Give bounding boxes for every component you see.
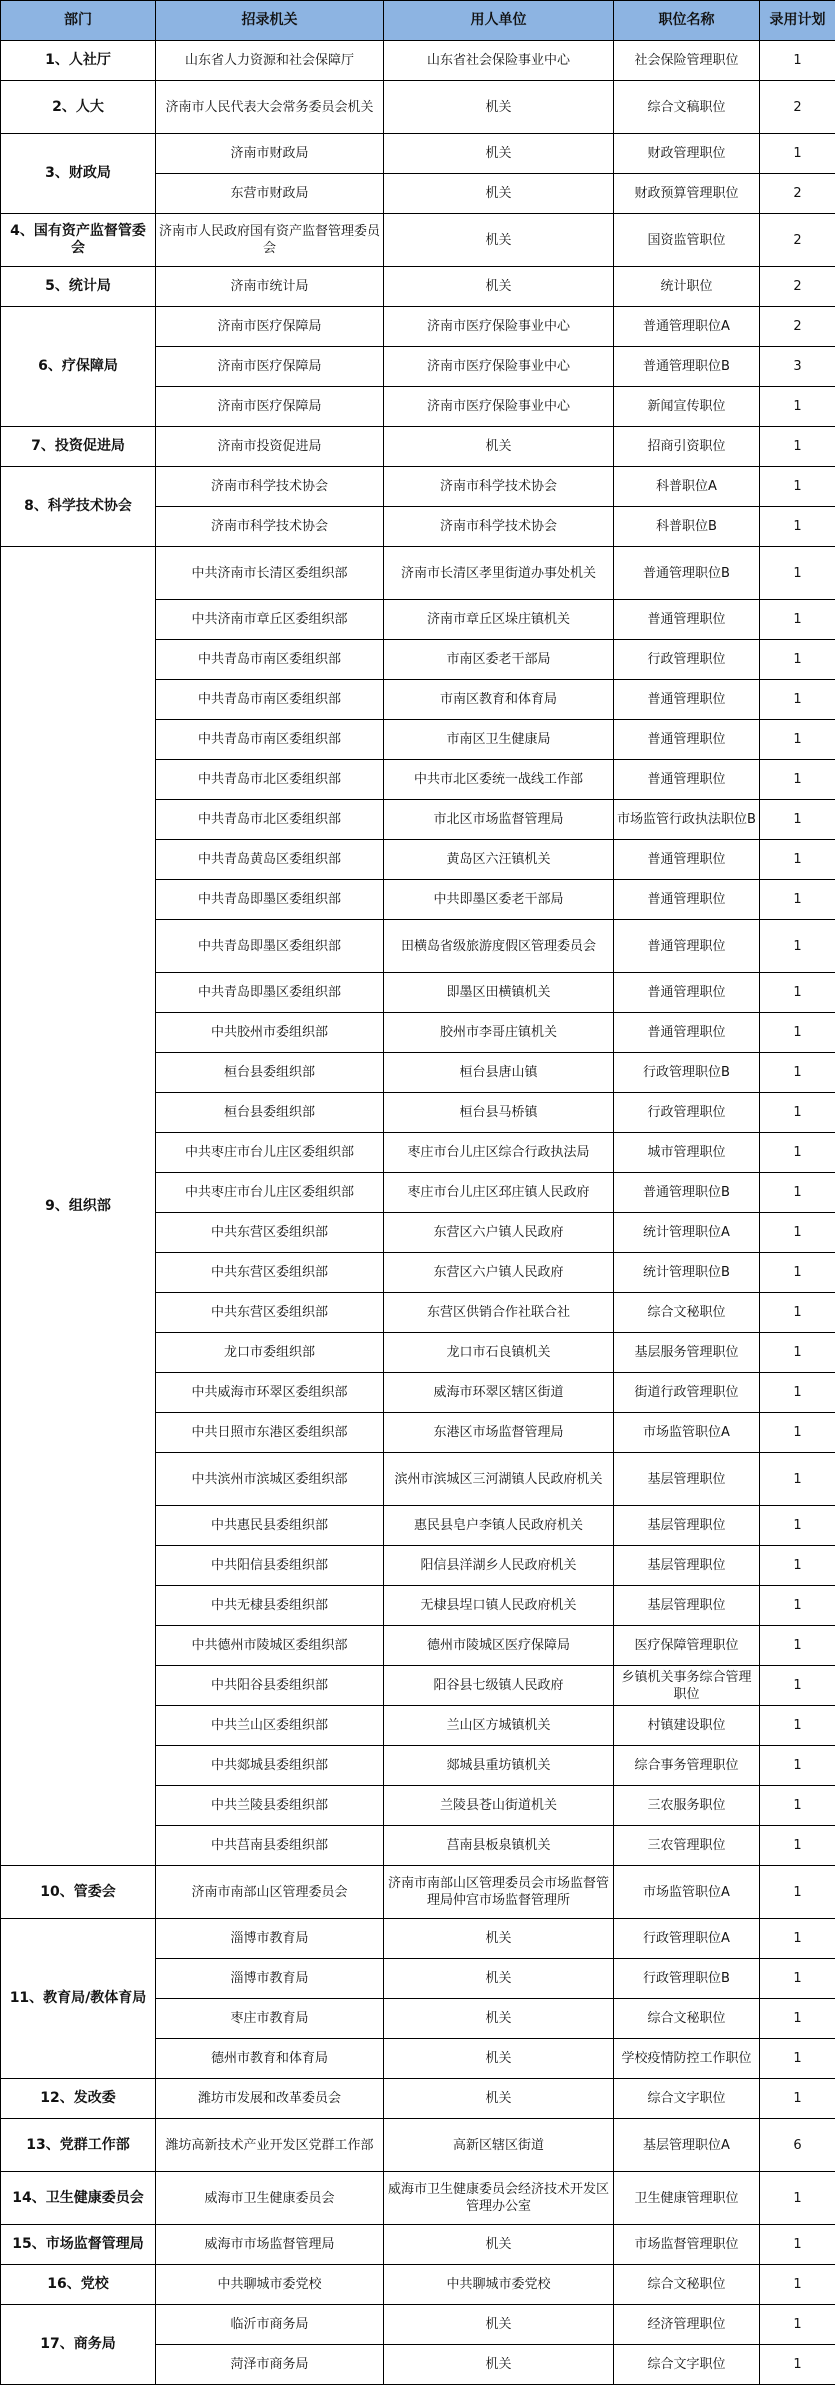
quota-cell: 1 — [760, 880, 835, 920]
position-cell: 卫生健康管理职位 — [614, 2172, 760, 2225]
department-cell: 1、人社厅 — [1, 41, 156, 81]
position-cell: 城市管理职位 — [614, 1133, 760, 1173]
header-quota: 录用计划 — [760, 1, 835, 41]
quota-cell: 1 — [760, 1293, 835, 1333]
recruiting-agency-cell: 淄博市教育局 — [156, 1919, 384, 1959]
position-cell: 综合文稿职位 — [614, 81, 760, 134]
table-row: 11、教育局/教体育局淄博市教育局机关行政管理职位A1 — [1, 1919, 835, 1959]
position-cell: 科普职位A — [614, 467, 760, 507]
position-cell: 普通管理职位B — [614, 1173, 760, 1213]
employer-cell: 兰山区方城镇机关 — [384, 1706, 614, 1746]
position-cell: 综合文秘职位 — [614, 2265, 760, 2305]
table-row: 13、党群工作部潍坊高新技术产业开发区党群工作部高新区辖区街道基层管理职位A6 — [1, 2119, 835, 2172]
position-cell: 财政预算管理职位 — [614, 174, 760, 214]
recruiting-agency-cell: 龙口市委组织部 — [156, 1333, 384, 1373]
employer-cell: 机关 — [384, 427, 614, 467]
department-cell: 2、人大 — [1, 81, 156, 134]
position-cell: 基层管理职位 — [614, 1586, 760, 1626]
position-cell: 普通管理职位 — [614, 840, 760, 880]
employer-cell: 阳信县洋湖乡人民政府机关 — [384, 1546, 614, 1586]
table-row: 3、财政局济南市财政局机关财政管理职位1 — [1, 134, 835, 174]
employer-cell: 市南区教育和体育局 — [384, 680, 614, 720]
employer-cell: 莒南县板泉镇机关 — [384, 1826, 614, 1866]
employer-cell: 机关 — [384, 2079, 614, 2119]
employer-cell: 机关 — [384, 1919, 614, 1959]
quota-cell: 1 — [760, 800, 835, 840]
position-cell: 市场监管职位A — [614, 1413, 760, 1453]
employer-cell: 即墨区田横镇机关 — [384, 973, 614, 1013]
quota-cell: 1 — [760, 1413, 835, 1453]
employer-cell: 黄岛区六汪镇机关 — [384, 840, 614, 880]
employer-cell: 东营区六户镇人民政府 — [384, 1213, 614, 1253]
recruiting-agency-cell: 中共青岛即墨区委组织部 — [156, 920, 384, 973]
table-row: 4、国有资产监督管委会济南市人民政府国有资产监督管理委员会机关国资监管职位2 — [1, 214, 835, 267]
position-cell: 基层管理职位 — [614, 1546, 760, 1586]
employer-cell: 龙口市石良镇机关 — [384, 1333, 614, 1373]
recruiting-agency-cell: 济南市统计局 — [156, 267, 384, 307]
employer-cell: 桓台县唐山镇 — [384, 1053, 614, 1093]
quota-cell: 1 — [760, 467, 835, 507]
position-cell: 普通管理职位A — [614, 307, 760, 347]
quota-cell: 1 — [760, 1919, 835, 1959]
quota-cell: 2 — [760, 174, 835, 214]
employer-cell: 山东省社会保险事业中心 — [384, 41, 614, 81]
position-cell: 市场监管职位A — [614, 1866, 760, 1919]
employer-cell: 东营区供销合作社联合社 — [384, 1293, 614, 1333]
recruiting-agency-cell: 威海市市场监督管理局 — [156, 2225, 384, 2265]
recruiting-agency-cell: 中共阳谷县委组织部 — [156, 1666, 384, 1706]
recruiting-agency-cell: 中共惠民县委组织部 — [156, 1506, 384, 1546]
employer-cell: 济南市医疗保险事业中心 — [384, 307, 614, 347]
recruiting-agency-cell: 中共兰陵县委组织部 — [156, 1786, 384, 1826]
recruiting-agency-cell: 桓台县委组织部 — [156, 1053, 384, 1093]
quota-cell: 2 — [760, 307, 835, 347]
table-header-row: 部门 招录机关 用人单位 职位名称 录用计划 — [1, 1, 835, 41]
employer-cell: 济南市医疗保险事业中心 — [384, 387, 614, 427]
quota-cell: 1 — [760, 2305, 835, 2345]
employer-cell: 市北区市场监督管理局 — [384, 800, 614, 840]
position-cell: 统计管理职位B — [614, 1253, 760, 1293]
position-cell: 综合文字职位 — [614, 2079, 760, 2119]
quota-cell: 1 — [760, 1213, 835, 1253]
department-cell: 11、教育局/教体育局 — [1, 1919, 156, 2079]
quota-cell: 1 — [760, 1333, 835, 1373]
quota-cell: 1 — [760, 1866, 835, 1919]
position-cell: 普通管理职位 — [614, 600, 760, 640]
recruiting-agency-cell: 中共青岛黄岛区委组织部 — [156, 840, 384, 880]
table-row: 15、市场监督管理局威海市市场监督管理局机关市场监督管理职位1 — [1, 2225, 835, 2265]
recruiting-agency-cell: 枣庄市教育局 — [156, 1999, 384, 2039]
table-row: 16、党校中共聊城市委党校中共聊城市委党校综合文秘职位1 — [1, 2265, 835, 2305]
recruiting-agency-cell: 中共济南市长清区委组织部 — [156, 547, 384, 600]
employer-cell: 中共聊城市委党校 — [384, 2265, 614, 2305]
recruiting-agency-cell: 中共济南市章丘区委组织部 — [156, 600, 384, 640]
employer-cell: 机关 — [384, 214, 614, 267]
employer-cell: 市南区委老干部局 — [384, 640, 614, 680]
recruiting-agency-cell: 中共无棣县委组织部 — [156, 1586, 384, 1626]
recruiting-agency-cell: 中共青岛市南区委组织部 — [156, 640, 384, 680]
recruiting-agency-cell: 淄博市教育局 — [156, 1959, 384, 1999]
quota-cell: 1 — [760, 600, 835, 640]
recruiting-agency-cell: 潍坊高新技术产业开发区党群工作部 — [156, 2119, 384, 2172]
quota-cell: 1 — [760, 1666, 835, 1706]
position-cell: 普通管理职位 — [614, 760, 760, 800]
department-cell: 14、卫生健康委员会 — [1, 2172, 156, 2225]
recruiting-agency-cell: 中共滨州市滨城区委组织部 — [156, 1453, 384, 1506]
employer-cell: 济南市科学技术协会 — [384, 467, 614, 507]
employer-cell: 威海市卫生健康委员会经济技术开发区管理办公室 — [384, 2172, 614, 2225]
recruiting-agency-cell: 中共东营区委组织部 — [156, 1253, 384, 1293]
employer-cell: 机关 — [384, 2039, 614, 2079]
position-cell: 经济管理职位 — [614, 2305, 760, 2345]
quota-cell: 1 — [760, 387, 835, 427]
header-recruiting-agency: 招录机关 — [156, 1, 384, 41]
quota-cell: 1 — [760, 2079, 835, 2119]
recruiting-agency-cell: 中共青岛市北区委组织部 — [156, 800, 384, 840]
recruiting-agency-cell: 中共德州市陵城区委组织部 — [156, 1626, 384, 1666]
header-employer: 用人单位 — [384, 1, 614, 41]
quota-cell: 3 — [760, 347, 835, 387]
department-cell: 17、商务局 — [1, 2305, 156, 2385]
position-cell: 市场监督管理职位 — [614, 2225, 760, 2265]
quota-cell: 1 — [760, 640, 835, 680]
recruiting-agency-cell: 济南市医疗保障局 — [156, 307, 384, 347]
department-cell: 5、统计局 — [1, 267, 156, 307]
recruiting-agency-cell: 中共青岛即墨区委组织部 — [156, 880, 384, 920]
quota-cell: 1 — [760, 2345, 835, 2385]
position-cell: 学校疫情防控工作职位 — [614, 2039, 760, 2079]
employer-cell: 枣庄市台儿庄区综合行政执法局 — [384, 1133, 614, 1173]
position-cell: 综合文字职位 — [614, 2345, 760, 2385]
quota-cell: 6 — [760, 2119, 835, 2172]
recruiting-agency-cell: 中共青岛市南区委组织部 — [156, 720, 384, 760]
employer-cell: 机关 — [384, 2345, 614, 2385]
position-cell: 统计管理职位A — [614, 1213, 760, 1253]
employer-cell: 济南市长清区孝里街道办事处机关 — [384, 547, 614, 600]
position-cell: 三农管理职位 — [614, 1826, 760, 1866]
recruiting-agency-cell: 中共枣庄市台儿庄区委组织部 — [156, 1133, 384, 1173]
table-row: 7、投资促进局济南市投资促进局机关招商引资职位1 — [1, 427, 835, 467]
employer-cell: 济南市南部山区管理委员会市场监督管理局仲宫市场监督管理所 — [384, 1866, 614, 1919]
position-cell: 普通管理职位B — [614, 347, 760, 387]
position-cell: 行政管理职位 — [614, 1093, 760, 1133]
recruiting-agency-cell: 中共郯城县委组织部 — [156, 1746, 384, 1786]
table-row: 8、科学技术协会济南市科学技术协会济南市科学技术协会科普职位A1 — [1, 467, 835, 507]
position-cell: 财政管理职位 — [614, 134, 760, 174]
position-cell: 普通管理职位 — [614, 1013, 760, 1053]
quota-cell: 1 — [760, 1453, 835, 1506]
recruiting-agency-cell: 中共东营区委组织部 — [156, 1213, 384, 1253]
recruiting-agency-cell: 中共威海市环翠区委组织部 — [156, 1373, 384, 1413]
table-row: 1、人社厅山东省人力资源和社会保障厅山东省社会保险事业中心社会保险管理职位1 — [1, 41, 835, 81]
department-cell: 6、疗保障局 — [1, 307, 156, 427]
position-cell: 医疗保障管理职位 — [614, 1626, 760, 1666]
recruiting-agency-cell: 中共青岛即墨区委组织部 — [156, 973, 384, 1013]
recruiting-agency-cell: 中共兰山区委组织部 — [156, 1706, 384, 1746]
position-cell: 三农服务职位 — [614, 1786, 760, 1826]
position-cell: 招商引资职位 — [614, 427, 760, 467]
quota-cell: 1 — [760, 1546, 835, 1586]
recruiting-agency-cell: 临沂市商务局 — [156, 2305, 384, 2345]
department-cell: 7、投资促进局 — [1, 427, 156, 467]
quota-cell: 1 — [760, 2039, 835, 2079]
recruitment-table: 部门 招录机关 用人单位 职位名称 录用计划 1、人社厅山东省人力资源和社会保障… — [0, 0, 835, 2385]
employer-cell: 惠民县皂户李镇人民政府机关 — [384, 1506, 614, 1546]
table-row: 9、组织部中共济南市长清区委组织部济南市长清区孝里街道办事处机关普通管理职位B1 — [1, 547, 835, 600]
recruiting-agency-cell: 中共东营区委组织部 — [156, 1293, 384, 1333]
position-cell: 行政管理职位B — [614, 1053, 760, 1093]
quota-cell: 1 — [760, 2225, 835, 2265]
recruiting-agency-cell: 济南市医疗保障局 — [156, 347, 384, 387]
department-cell: 16、党校 — [1, 2265, 156, 2305]
quota-cell: 1 — [760, 1746, 835, 1786]
employer-cell: 中共即墨区委老干部局 — [384, 880, 614, 920]
recruiting-agency-cell: 济南市财政局 — [156, 134, 384, 174]
employer-cell: 市南区卫生健康局 — [384, 720, 614, 760]
quota-cell: 1 — [760, 1053, 835, 1093]
department-cell: 12、发改委 — [1, 2079, 156, 2119]
department-cell: 15、市场监督管理局 — [1, 2225, 156, 2265]
recruiting-agency-cell: 中共青岛市南区委组织部 — [156, 680, 384, 720]
department-cell: 10、管委会 — [1, 1866, 156, 1919]
recruiting-agency-cell: 菏泽市商务局 — [156, 2345, 384, 2385]
recruiting-agency-cell: 中共日照市东港区委组织部 — [156, 1413, 384, 1453]
quota-cell: 1 — [760, 1586, 835, 1626]
quota-cell: 1 — [760, 1506, 835, 1546]
quota-cell: 1 — [760, 920, 835, 973]
employer-cell: 郯城县重坊镇机关 — [384, 1746, 614, 1786]
recruiting-agency-cell: 中共枣庄市台儿庄区委组织部 — [156, 1173, 384, 1213]
table-row: 12、发改委潍坊市发展和改革委员会机关综合文字职位1 — [1, 2079, 835, 2119]
quota-cell: 1 — [760, 1253, 835, 1293]
department-cell: 4、国有资产监督管委会 — [1, 214, 156, 267]
recruiting-agency-cell: 潍坊市发展和改革委员会 — [156, 2079, 384, 2119]
table-row: 14、卫生健康委员会威海市卫生健康委员会威海市卫生健康委员会经济技术开发区管理办… — [1, 2172, 835, 2225]
employer-cell: 高新区辖区街道 — [384, 2119, 614, 2172]
quota-cell: 1 — [760, 840, 835, 880]
quota-cell: 1 — [760, 1013, 835, 1053]
quota-cell: 1 — [760, 1999, 835, 2039]
table-row: 17、商务局临沂市商务局机关经济管理职位1 — [1, 2305, 835, 2345]
recruiting-agency-cell: 山东省人力资源和社会保障厅 — [156, 41, 384, 81]
quota-cell: 1 — [760, 507, 835, 547]
position-cell: 行政管理职位B — [614, 1959, 760, 1999]
header-department: 部门 — [1, 1, 156, 41]
position-cell: 普通管理职位 — [614, 880, 760, 920]
recruiting-agency-cell: 威海市卫生健康委员会 — [156, 2172, 384, 2225]
employer-cell: 机关 — [384, 1999, 614, 2039]
recruiting-agency-cell: 桓台县委组织部 — [156, 1093, 384, 1133]
employer-cell: 东营区六户镇人民政府 — [384, 1253, 614, 1293]
employer-cell: 机关 — [384, 134, 614, 174]
employer-cell: 胶州市李哥庄镇机关 — [384, 1013, 614, 1053]
position-cell: 乡镇机关事务综合管理职位 — [614, 1666, 760, 1706]
quota-cell: 2 — [760, 214, 835, 267]
employer-cell: 济南市医疗保险事业中心 — [384, 347, 614, 387]
table-body: 1、人社厅山东省人力资源和社会保障厅山东省社会保险事业中心社会保险管理职位12、… — [1, 41, 835, 2385]
position-cell: 普通管理职位 — [614, 973, 760, 1013]
quota-cell: 1 — [760, 1373, 835, 1413]
quota-cell: 1 — [760, 1626, 835, 1666]
recruiting-agency-cell: 德州市教育和体育局 — [156, 2039, 384, 2079]
employer-cell: 机关 — [384, 81, 614, 134]
position-cell: 社会保险管理职位 — [614, 41, 760, 81]
employer-cell: 威海市环翠区辖区街道 — [384, 1373, 614, 1413]
table-row: 10、管委会济南市南部山区管理委员会济南市南部山区管理委员会市场监督管理局仲宫市… — [1, 1866, 835, 1919]
department-cell: 3、财政局 — [1, 134, 156, 214]
position-cell: 综合文秘职位 — [614, 1293, 760, 1333]
employer-cell: 机关 — [384, 267, 614, 307]
position-cell: 基层管理职位 — [614, 1453, 760, 1506]
employer-cell: 阳谷县七级镇人民政府 — [384, 1666, 614, 1706]
quota-cell: 1 — [760, 720, 835, 760]
position-cell: 综合事务管理职位 — [614, 1746, 760, 1786]
department-cell: 13、党群工作部 — [1, 2119, 156, 2172]
quota-cell: 1 — [760, 680, 835, 720]
recruiting-agency-cell: 济南市医疗保障局 — [156, 387, 384, 427]
employer-cell: 田横岛省级旅游度假区管理委员会 — [384, 920, 614, 973]
quota-cell: 1 — [760, 1093, 835, 1133]
quota-cell: 1 — [760, 2265, 835, 2305]
employer-cell: 东港区市场监督管理局 — [384, 1413, 614, 1453]
employer-cell: 中共市北区委统一战线工作部 — [384, 760, 614, 800]
position-cell: 基层管理职位 — [614, 1506, 760, 1546]
recruiting-agency-cell: 济南市人民代表大会常务委员会机关 — [156, 81, 384, 134]
employer-cell: 机关 — [384, 2225, 614, 2265]
quota-cell: 2 — [760, 81, 835, 134]
quota-cell: 1 — [760, 1959, 835, 1999]
employer-cell: 机关 — [384, 174, 614, 214]
table-row: 2、人大济南市人民代表大会常务委员会机关机关综合文稿职位2 — [1, 81, 835, 134]
position-cell: 普通管理职位 — [614, 680, 760, 720]
quota-cell: 2 — [760, 267, 835, 307]
quota-cell: 1 — [760, 427, 835, 467]
quota-cell: 1 — [760, 760, 835, 800]
employer-cell: 无棣县埕口镇人民政府机关 — [384, 1586, 614, 1626]
table-row: 6、疗保障局济南市医疗保障局济南市医疗保险事业中心普通管理职位A2 — [1, 307, 835, 347]
recruiting-agency-cell: 济南市南部山区管理委员会 — [156, 1866, 384, 1919]
recruiting-agency-cell: 中共胶州市委组织部 — [156, 1013, 384, 1053]
employer-cell: 济南市科学技术协会 — [384, 507, 614, 547]
department-cell: 8、科学技术协会 — [1, 467, 156, 547]
employer-cell: 枣庄市台儿庄区邳庄镇人民政府 — [384, 1173, 614, 1213]
employer-cell: 济南市章丘区垛庄镇机关 — [384, 600, 614, 640]
quota-cell: 1 — [760, 1173, 835, 1213]
position-cell: 国资监管职位 — [614, 214, 760, 267]
position-cell: 行政管理职位 — [614, 640, 760, 680]
position-cell: 行政管理职位A — [614, 1919, 760, 1959]
position-cell: 街道行政管理职位 — [614, 1373, 760, 1413]
position-cell: 新闻宣传职位 — [614, 387, 760, 427]
quota-cell: 1 — [760, 41, 835, 81]
position-cell: 统计职位 — [614, 267, 760, 307]
header-position: 职位名称 — [614, 1, 760, 41]
quota-cell: 1 — [760, 1133, 835, 1173]
quota-cell: 1 — [760, 134, 835, 174]
recruiting-agency-cell: 东营市财政局 — [156, 174, 384, 214]
table-row: 5、统计局济南市统计局机关统计职位2 — [1, 267, 835, 307]
recruiting-agency-cell: 济南市科学技术协会 — [156, 467, 384, 507]
employer-cell: 德州市陵城区医疗保障局 — [384, 1626, 614, 1666]
recruiting-agency-cell: 中共阳信县委组织部 — [156, 1546, 384, 1586]
position-cell: 市场监管行政执法职位B — [614, 800, 760, 840]
recruiting-agency-cell: 济南市投资促进局 — [156, 427, 384, 467]
position-cell: 基层服务管理职位 — [614, 1333, 760, 1373]
employer-cell: 兰陵县苍山街道机关 — [384, 1786, 614, 1826]
quota-cell: 1 — [760, 973, 835, 1013]
quota-cell: 1 — [760, 547, 835, 600]
quota-cell: 1 — [760, 1786, 835, 1826]
quota-cell: 1 — [760, 1826, 835, 1866]
employer-cell: 机关 — [384, 2305, 614, 2345]
employer-cell: 滨州市滨城区三河湖镇人民政府机关 — [384, 1453, 614, 1506]
position-cell: 基层管理职位A — [614, 2119, 760, 2172]
quota-cell: 1 — [760, 1706, 835, 1746]
position-cell: 普通管理职位 — [614, 720, 760, 760]
quota-cell: 1 — [760, 2172, 835, 2225]
position-cell: 科普职位B — [614, 507, 760, 547]
employer-cell: 机关 — [384, 1959, 614, 1999]
recruiting-agency-cell: 中共聊城市委党校 — [156, 2265, 384, 2305]
recruiting-agency-cell: 中共莒南县委组织部 — [156, 1826, 384, 1866]
position-cell: 村镇建设职位 — [614, 1706, 760, 1746]
recruiting-agency-cell: 济南市科学技术协会 — [156, 507, 384, 547]
position-cell: 综合文秘职位 — [614, 1999, 760, 2039]
employer-cell: 桓台县马桥镇 — [384, 1093, 614, 1133]
recruiting-agency-cell: 中共青岛市北区委组织部 — [156, 760, 384, 800]
position-cell: 普通管理职位B — [614, 547, 760, 600]
department-cell: 9、组织部 — [1, 547, 156, 1866]
position-cell: 普通管理职位 — [614, 920, 760, 973]
recruiting-agency-cell: 济南市人民政府国有资产监督管理委员会 — [156, 214, 384, 267]
